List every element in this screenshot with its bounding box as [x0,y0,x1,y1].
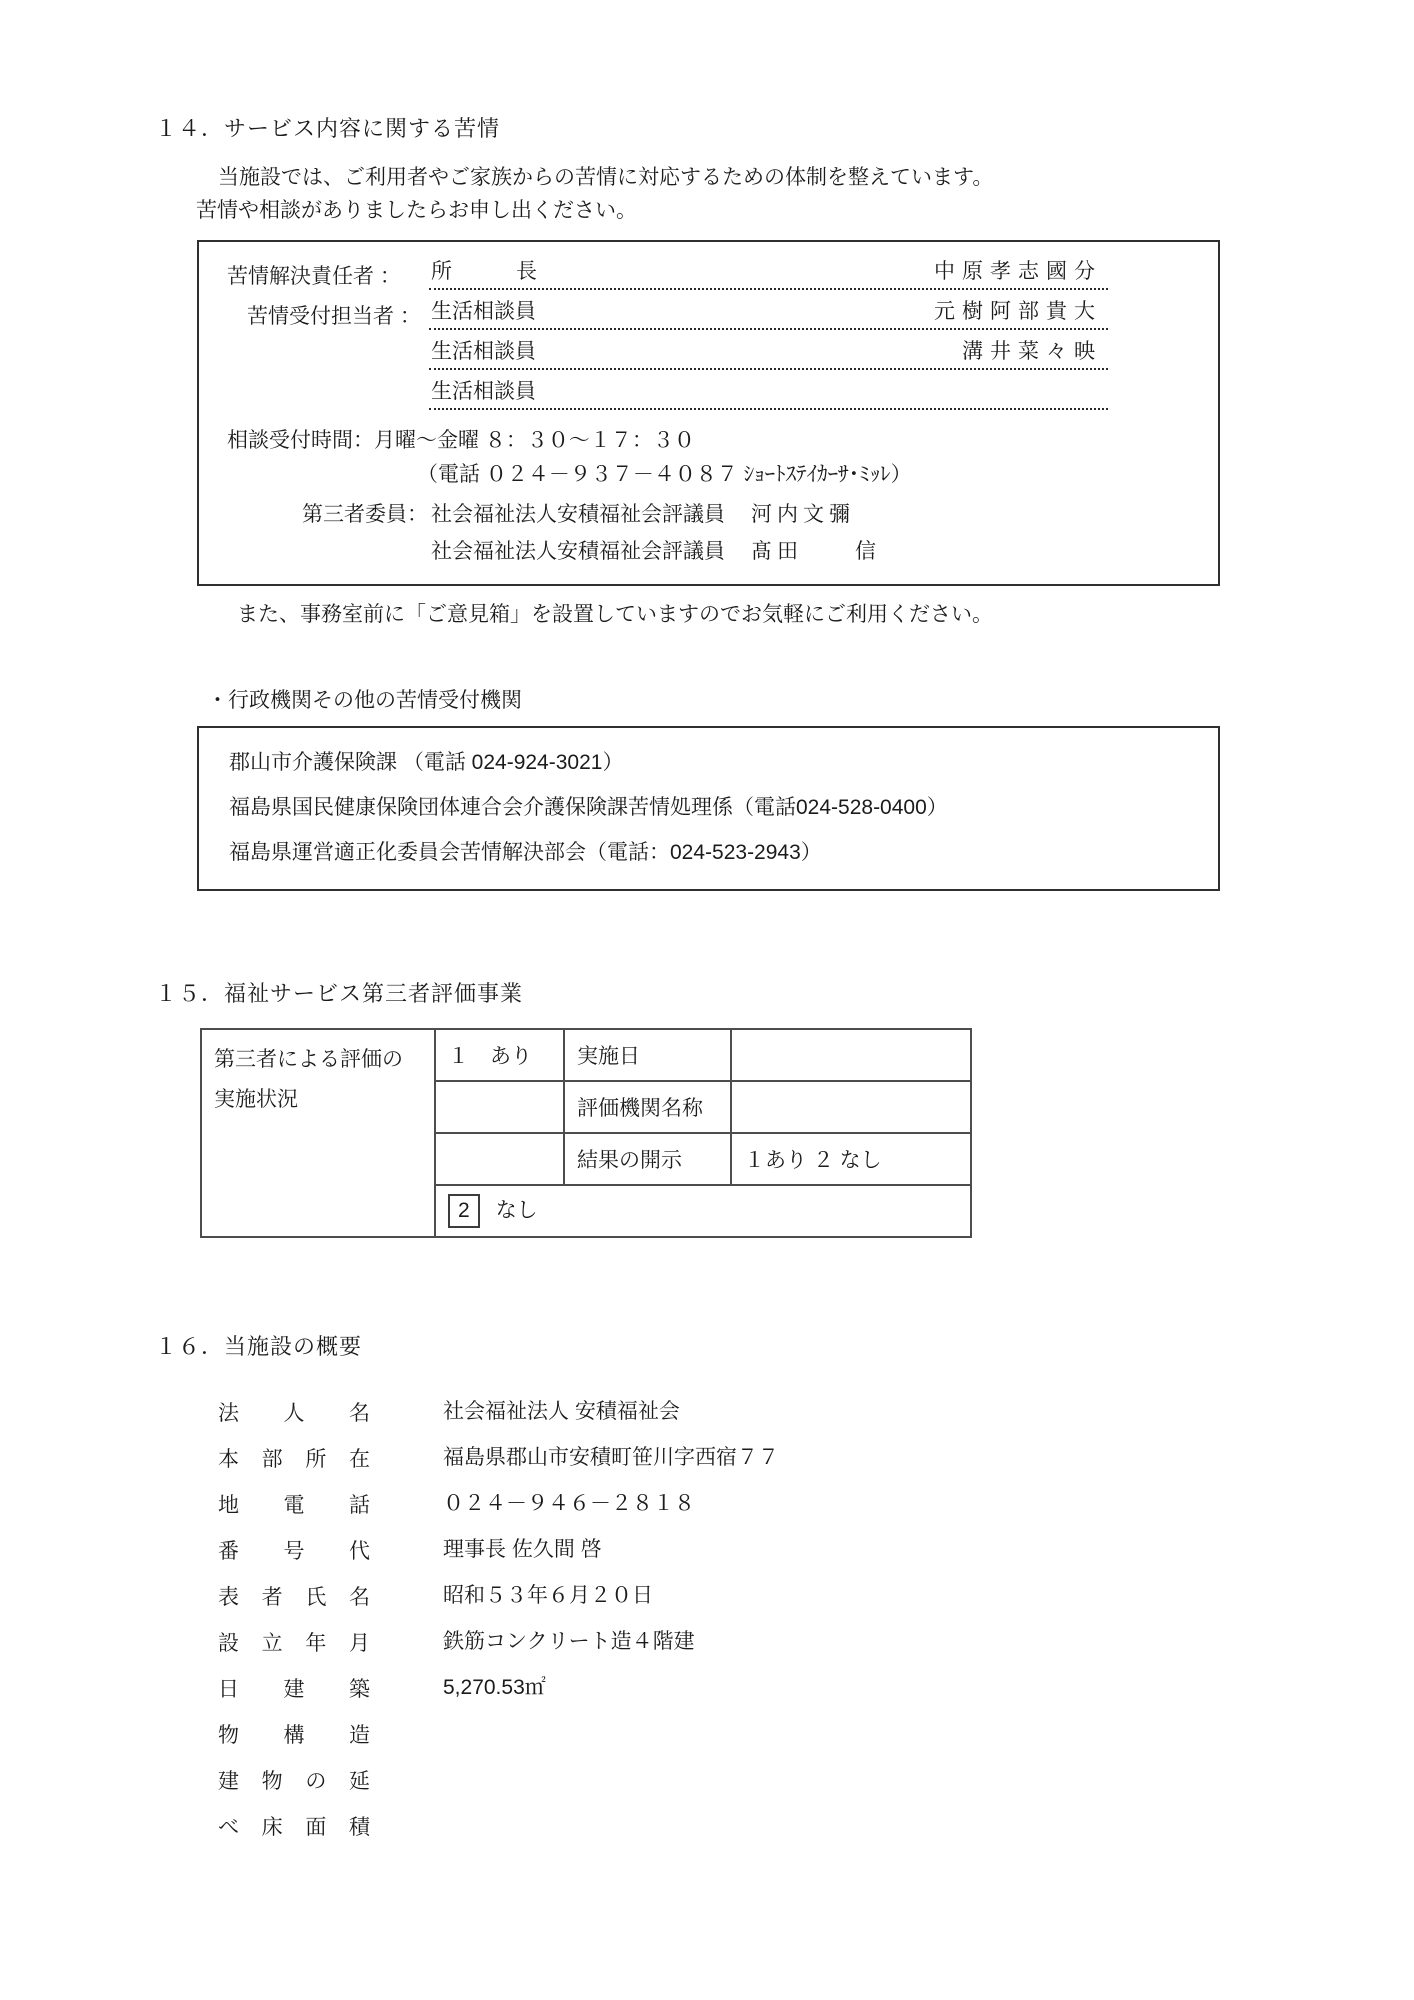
section-14-title: １４．サービス内容に関する苦情 [155,112,1224,143]
eval-option-ari: １ あり [435,1029,564,1081]
overview-values: 社会福祉法人 安積福祉会 福島県郡山市安積町笹川字西宿７７ ０２４－９４６－２８… [443,1389,779,1849]
section-14-intro: 当施設では、ご利用者やご家族からの苦情に対応するための体制を整えています。 苦情… [155,161,1224,227]
overview-label-line: 法人名 [218,1389,370,1435]
committee-name-1: 河内文彌 [751,498,855,528]
committee-label: 第三者委員： [302,498,431,528]
agency-line: 福島県国民健康保険団体連合会介護保険課苦情処理係（電話024-528-0400） [229,785,1200,830]
receiver-role-2: 生活相談員 [431,335,536,365]
establishment-date: 昭和５３年６月２０日 [443,1573,779,1619]
overview-label-line: 地電話 [218,1481,370,1527]
overview-label-line: 日建築 [218,1665,370,1711]
section-15-title: １５．福祉サービス第三者評価事業 [155,977,1224,1008]
intro-line-2: 苦情や相談がありましたらお申し出ください。 [155,194,1224,227]
resolver-name: 中原孝志國分 [934,255,1102,285]
headquarters-address: 福島県郡山市安積町笹川字西宿７７ [443,1435,779,1481]
corporation-name: 社会福祉法人 安積福祉会 [443,1389,779,1435]
table-row: 第三者による評価の実施状況 １ あり 実施日 [201,1029,971,1081]
overview-label-line: 物構造 [218,1711,370,1757]
overview-labels: 法人名 本部所在 地電話 番号代 表者氏名 設立年月 日建築 物構造 建物の延 … [218,1389,370,1849]
overview-label-line: べ床面積 [218,1803,370,1849]
receiver-label: 苦情受付担当者 ： [227,300,429,330]
eval-label-2: 結果の開示 [564,1133,731,1185]
eval-row-header: 第三者による評価の実施状況 [201,1029,435,1237]
eval-option-spacer [435,1081,564,1133]
gov-agencies-title: ・行政機関その他の苦情受付機関 [155,684,1224,714]
resolver-role: 所長 [431,255,537,285]
receiver-underline-2: 生活相談員 溝井菜々映 [429,335,1108,370]
resolver-underline: 所長 中原孝志國分 [429,255,1108,290]
resolver-label: 苦情解決責任者 ： [227,260,429,290]
section-16-title: １６．当施設の概要 [155,1330,1224,1361]
receiver-row-1: 苦情受付担当者 ： 生活相談員 元樹阿部貴大 [227,290,1192,330]
receiver-name-2: 溝井菜々映 [962,335,1102,365]
gov-agencies-box: 郡山市介護保険課 （電話 024-924-3021） 福島県国民健康保険団体連合… [197,726,1220,891]
agency-line: 郡山市介護保険課 （電話 024-924-3021） [229,740,1200,785]
receiver-row-3: 生活相談員 [227,370,1192,410]
eval-label-0: 実施日 [564,1029,731,1081]
committee-name-2: 髙田 信 [751,535,881,565]
facility-overview: 法人名 本部所在 地電話 番号代 表者氏名 設立年月 日建築 物構造 建物の延 … [218,1389,1224,1849]
committee-org-1: 社会福祉法人安積福祉会評議員 [431,498,725,528]
committee-row-2: 社会福祉法人安積福祉会評議員 髙田 信 [227,531,1192,568]
receiver-underline-3: 生活相談員 [429,375,1108,410]
total-floor-area: 5,270.53㎡ [443,1665,779,1711]
building-structure: 鉄筋コンクリート造４階建 [443,1619,779,1665]
receiver-role-3: 生活相談員 [431,375,536,405]
overview-label-line: 本部所在 [218,1435,370,1481]
eval-option-nashi-cell: 2なし [435,1185,971,1237]
committee-org-2: 社会福祉法人安積福祉会評議員 [431,535,725,565]
eval-value-1 [731,1081,971,1133]
overview-label-line: 建物の延 [218,1757,370,1803]
eval-nashi-checkbox: 2 [448,1194,480,1228]
section-15: １５．福祉サービス第三者評価事業 第三者による評価の実施状況 １ あり 実施日 … [155,977,1224,1238]
overview-label-line: 表者氏名 [218,1573,370,1619]
phone-number: ０２４－９４６－２８１８ [443,1481,779,1527]
agency-line: 福島県運営適正化委員会苦情解決部会（電話：024-523-2943） [229,830,1200,875]
suggestion-box-note: また、事務室前に「ご意見箱」を設置していますのでお気軽にご利用ください。 [155,598,1224,628]
receiver-name-1: 元樹阿部貴大 [934,295,1102,325]
eval-label-1: 評価機関名称 [564,1081,731,1133]
resolver-row: 苦情解決責任者 ： 所長 中原孝志國分 [227,250,1192,290]
evaluation-table: 第三者による評価の実施状況 １ あり 実施日 評価機関名称 結果の開示 １あり … [200,1028,972,1238]
eval-nashi-label: なし [496,1199,538,1222]
section-16: １６．当施設の概要 法人名 本部所在 地電話 番号代 表者氏名 設立年月 日建築… [155,1330,1224,1849]
document-page: １４．サービス内容に関する苦情 当施設では、ご利用者やご家族からの苦情に対応する… [0,0,1414,2000]
intro-line-1: 当施設では、ご利用者やご家族からの苦情に対応するための体制を整えています。 [155,161,1224,194]
overview-label-line: 設立年月 [218,1619,370,1665]
eval-option-spacer [435,1133,564,1185]
consult-hours: 相談受付時間：月曜～金曜 ８：３０～１７：３０ [227,424,1192,458]
representative-name: 理事長 佐久間 啓 [443,1527,779,1573]
consult-phone: （電話 ０２４－９３７－４０８７ ｼｮｰﾄｽﾃｲｶｰｻ･ﾐｯﾚ） [227,458,1192,494]
receiver-role-1: 生活相談員 [431,295,536,325]
overview-label-line: 番号代 [218,1527,370,1573]
complaint-contact-box: 苦情解決責任者 ： 所長 中原孝志國分 苦情受付担当者 ： 生活相談員 元樹阿部… [197,240,1220,586]
receiver-underline-1: 生活相談員 元樹阿部貴大 [429,295,1108,330]
eval-value-0 [731,1029,971,1081]
committee-row-1: 第三者委員： 社会福祉法人安積福祉会評議員 河内文彌 [227,494,1192,531]
eval-value-2: １あり ２ なし [731,1133,971,1185]
receiver-row-2: 生活相談員 溝井菜々映 [227,330,1192,370]
